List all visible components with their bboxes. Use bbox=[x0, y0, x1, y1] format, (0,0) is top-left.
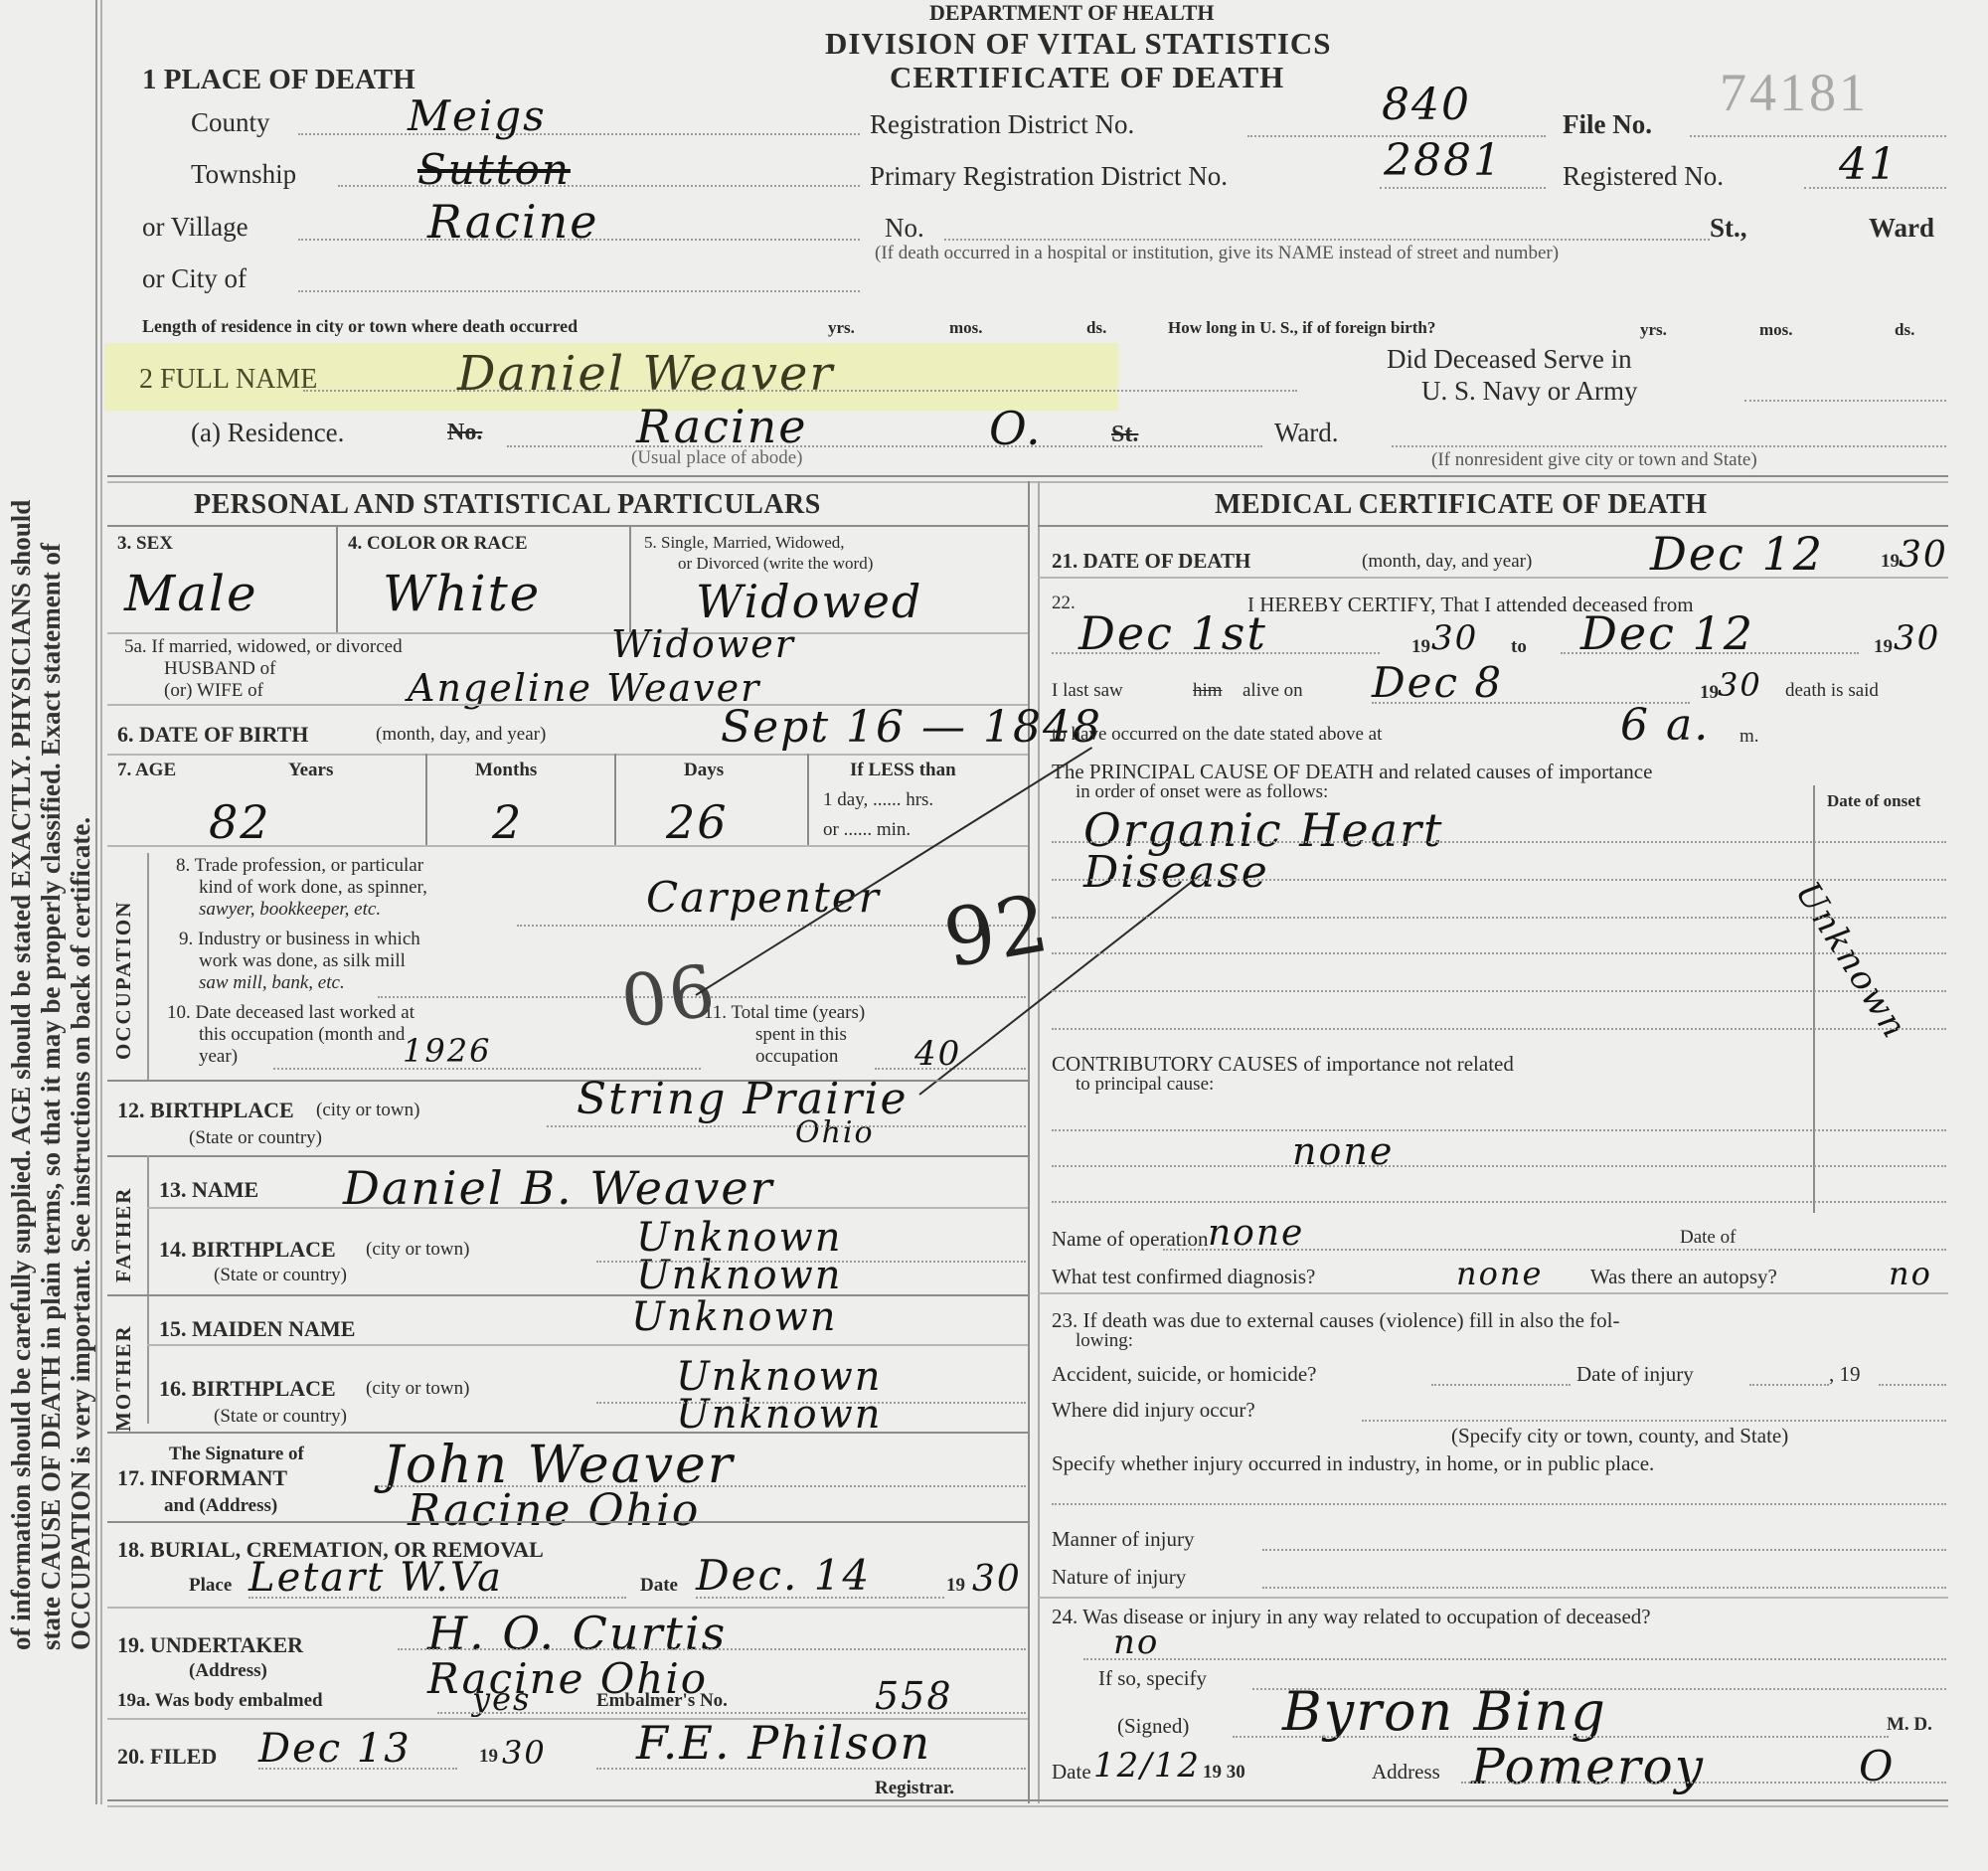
date-of-label: Date of bbox=[1680, 1227, 1736, 1249]
certificate-title: CERTIFICATE OF DEATH bbox=[890, 60, 1284, 95]
age-label: 7. AGE bbox=[117, 760, 176, 781]
last-saw-label: I last saw bbox=[1052, 680, 1123, 702]
burial-date-field[interactable] bbox=[696, 1597, 944, 1599]
village-value: Racine bbox=[427, 195, 598, 249]
informant-label-2: 17. INFORMANT bbox=[117, 1465, 287, 1491]
file-number-stamp: 74181 bbox=[1720, 62, 1869, 123]
attended-to-year-prefix: 19 bbox=[1874, 636, 1893, 658]
last-worked-field[interactable] bbox=[273, 1068, 701, 1070]
where-injury-field[interactable] bbox=[1362, 1420, 1946, 1422]
total-time-label-3: occupation bbox=[755, 1046, 838, 1068]
full-name-value: Daniel Weaver bbox=[457, 346, 834, 402]
manner-label: Manner of injury bbox=[1052, 1527, 1194, 1552]
medical-section-title: MEDICAL CERTIFICATE OF DEATH bbox=[1215, 489, 1708, 521]
injury-year-field[interactable] bbox=[1879, 1384, 1946, 1386]
burial-place-label: Place bbox=[189, 1575, 232, 1597]
mother-birthplace-field[interactable] bbox=[596, 1402, 1026, 1404]
registration-district-value: 840 bbox=[1382, 80, 1471, 130]
registered-no-label: Registered No. bbox=[1563, 161, 1724, 192]
age-months-value: 2 bbox=[492, 795, 523, 849]
specify-city-note: (Specify city or town, county, and State… bbox=[1451, 1424, 1788, 1448]
filed-label: 20. FILED bbox=[117, 1744, 217, 1770]
township-label: Township bbox=[191, 159, 296, 190]
filed-year-value: 30 bbox=[502, 1734, 547, 1772]
spouse-label-3: (or) WIFE of bbox=[164, 680, 263, 702]
undertaker-label: 19. UNDERTAKER bbox=[117, 1632, 303, 1658]
residence-state: O. bbox=[989, 402, 1043, 455]
father-birthplace-sub-1: (city or town) bbox=[366, 1239, 469, 1261]
death-said-label: death is said bbox=[1785, 680, 1879, 702]
specify-where-label: Specify whether injury occurred in indus… bbox=[1052, 1451, 1654, 1476]
certify-number: 22. bbox=[1052, 593, 1076, 614]
operation-field[interactable] bbox=[1163, 1249, 1946, 1251]
last-saw-year: 30 bbox=[1718, 666, 1762, 704]
rule bbox=[107, 1294, 1028, 1296]
sex-value: Male bbox=[124, 565, 258, 622]
rule bbox=[1038, 1292, 1948, 1294]
registered-no-value: 41 bbox=[1839, 139, 1899, 190]
last-worked-label-2: this occupation (month and bbox=[199, 1024, 405, 1046]
registrar-label: Registrar. bbox=[875, 1778, 954, 1799]
years-label: Years bbox=[288, 760, 333, 781]
street-no-field[interactable] bbox=[944, 239, 1710, 241]
bottom-rule-2 bbox=[107, 1805, 1948, 1807]
rule bbox=[107, 632, 1028, 634]
father-birthplace-state: Unknown bbox=[636, 1253, 843, 1298]
contributory-line-2[interactable] bbox=[1052, 1165, 1946, 1167]
dob-label: 6. DATE OF BIRTH bbox=[117, 722, 308, 748]
industry-label-3: saw mill, bank, etc. bbox=[199, 972, 345, 994]
accident-label: Accident, suicide, or homicide? bbox=[1052, 1362, 1317, 1387]
embalmer-no-label: Embalmer's No. bbox=[596, 1690, 728, 1712]
specify-where-field[interactable] bbox=[1052, 1503, 1946, 1505]
rule bbox=[1038, 1597, 1948, 1599]
accident-field[interactable] bbox=[1431, 1384, 1571, 1386]
race-value: White bbox=[383, 565, 541, 622]
residence-ward-label: Ward. bbox=[1274, 418, 1339, 448]
trade-label-1: 8. Trade profession, or particular bbox=[176, 855, 423, 877]
address-label: Address bbox=[1372, 1760, 1440, 1785]
mother-birthplace-sub-2: (State or country) bbox=[214, 1406, 347, 1428]
race-label: 4. COLOR OR RACE bbox=[348, 533, 528, 555]
md-label: M. D. bbox=[1887, 1714, 1932, 1736]
industry-label-2: work was done, as silk mill bbox=[199, 950, 406, 972]
cause-line-3[interactable] bbox=[1052, 917, 1946, 919]
total-time-label-1: 11. Total time (years) bbox=[704, 1002, 865, 1024]
date-of-death-year-prefix: 19 bbox=[1881, 551, 1900, 573]
physician-signature: Byron Bing bbox=[1282, 1680, 1607, 1743]
informant-label-3: and (Address) bbox=[164, 1495, 277, 1517]
onset-value: Unknown bbox=[1787, 875, 1915, 1047]
informant-address-value: Racine Ohio bbox=[408, 1485, 700, 1536]
rule bbox=[107, 1432, 1028, 1434]
mother-birthplace-sub-1: (city or town) bbox=[366, 1378, 469, 1400]
residence-mos-label: mos. bbox=[949, 318, 983, 338]
age-years-value: 82 bbox=[209, 795, 271, 849]
dob-value: Sept 16 — 1848 bbox=[721, 702, 1102, 753]
last-worked-label-1: 10. Date deceased last worked at bbox=[167, 1002, 414, 1024]
birthplace-label: 12. BIRTHPLACE bbox=[117, 1098, 294, 1123]
cause-line-1[interactable] bbox=[1052, 841, 1946, 843]
certificate-date-value: 12/12 bbox=[1093, 1746, 1201, 1786]
nonresident-note: (If nonresident give city or town and St… bbox=[1431, 449, 1757, 471]
last-worked-value: 1926 bbox=[403, 1032, 491, 1070]
hospital-note: (If death occurred in a hospital or inst… bbox=[875, 243, 1559, 264]
military-question-1: Did Deceased Serve in bbox=[1387, 344, 1632, 375]
primary-district-value: 2881 bbox=[1384, 135, 1503, 186]
nature-field[interactable] bbox=[1262, 1587, 1946, 1589]
external-causes-label-1: 23. If death was due to external causes … bbox=[1052, 1308, 1619, 1333]
registration-district-label: Registration District No. bbox=[870, 109, 1134, 140]
attended-to-field[interactable] bbox=[1561, 652, 1859, 654]
place-of-death-label: 1 PLACE OF DEATH bbox=[142, 64, 415, 96]
department-heading: DEPARTMENT OF HEALTH bbox=[929, 0, 1215, 26]
injury-date-field[interactable] bbox=[1749, 1384, 1829, 1386]
less-than-label-1: If LESS than bbox=[850, 760, 956, 781]
mother-birthplace-label: 16. BIRTHPLACE bbox=[159, 1376, 336, 1402]
foreign-birth-label: How long in U. S., if of foreign birth? bbox=[1168, 318, 1435, 338]
registrar-signature: F.E. Philson bbox=[636, 1716, 931, 1770]
informant-field[interactable] bbox=[378, 1485, 1026, 1487]
onset-column-divider bbox=[1813, 785, 1815, 1213]
contributory-line-1[interactable] bbox=[1052, 1129, 1946, 1131]
principal-cause-label-2: in order of onset were as follows: bbox=[1076, 781, 1328, 803]
test-value: none bbox=[1456, 1255, 1543, 1292]
county-value: Meigs bbox=[408, 91, 547, 140]
informant-label-1: The Signature of bbox=[169, 1444, 304, 1465]
residence-ds-label: ds. bbox=[1086, 318, 1106, 338]
margin-instruction-line-2: state CAUSE OF DEATH in plain terms, so … bbox=[36, 543, 67, 1650]
external-causes-label-2: lowing: bbox=[1076, 1330, 1133, 1352]
street-label: St., bbox=[1710, 213, 1747, 244]
marital-label-1: 5. Single, Married, Widowed, bbox=[644, 533, 845, 553]
rule bbox=[147, 1344, 1028, 1346]
burial-place-value: Letart W.Va bbox=[248, 1555, 503, 1601]
autopsy-label: Was there an autopsy? bbox=[1590, 1265, 1777, 1289]
certificate-date-year: 19 30 bbox=[1203, 1762, 1245, 1784]
nature-label: Nature of injury bbox=[1052, 1565, 1186, 1590]
foreign-ds-label: ds. bbox=[1895, 320, 1914, 340]
date-of-death-year: 30 bbox=[1899, 535, 1948, 576]
father-birthplace-label: 14. BIRTHPLACE bbox=[159, 1237, 336, 1263]
residence-yrs-label: yrs. bbox=[828, 318, 855, 338]
rule bbox=[107, 1521, 1028, 1523]
attended-from-field[interactable] bbox=[1052, 652, 1380, 654]
where-injury-label: Where did injury occur? bbox=[1052, 1398, 1255, 1423]
trade-value: Carpenter bbox=[646, 873, 881, 922]
manner-field[interactable] bbox=[1262, 1549, 1946, 1551]
principal-cause-value-2: Disease bbox=[1083, 847, 1269, 898]
rule bbox=[107, 845, 1028, 847]
sex-label: 3. SEX bbox=[117, 533, 173, 555]
less-than-label-2: 1 day, ...... hrs. bbox=[823, 789, 933, 811]
primary-district-label: Primary Registration District No. bbox=[870, 161, 1228, 192]
rule bbox=[425, 754, 427, 845]
column-divider-2 bbox=[1038, 481, 1040, 1803]
occurred-label: to have occurred on the date stated abov… bbox=[1052, 724, 1382, 746]
birthplace-state-value: Ohio bbox=[795, 1115, 875, 1150]
cause-line-6[interactable] bbox=[1052, 1028, 1946, 1030]
file-no-field[interactable] bbox=[1690, 135, 1946, 137]
date-label: Date bbox=[1052, 1760, 1091, 1785]
occupation-related-field[interactable] bbox=[1083, 1658, 1946, 1660]
city-field[interactable] bbox=[298, 290, 860, 292]
birthplace-sub-2: (State or country) bbox=[189, 1127, 322, 1149]
division-heading: DIVISION OF VITAL STATISTICS bbox=[825, 26, 1332, 62]
occupation-side-label: OCCUPATION bbox=[111, 901, 136, 1060]
rule bbox=[1038, 577, 1948, 579]
residence-no-label: No. bbox=[447, 420, 482, 446]
m-label: m. bbox=[1739, 726, 1759, 748]
father-side-label: FATHER bbox=[111, 1187, 136, 1282]
mother-maiden-label: 15. MAIDEN NAME bbox=[159, 1316, 355, 1342]
mother-side-label: MOTHER bbox=[111, 1324, 136, 1432]
residence-field[interactable] bbox=[507, 445, 1262, 447]
father-birthplace-sub-2: (State or country) bbox=[214, 1265, 347, 1286]
abode-note: (Usual place of abode) bbox=[631, 447, 803, 469]
trade-label-3: sawyer, bookkeeper, etc. bbox=[199, 899, 381, 921]
section-divider bbox=[107, 475, 1948, 477]
burial-date-value: Dec. 14 bbox=[696, 1551, 871, 1600]
birthplace-sub-1: (city or town) bbox=[316, 1100, 419, 1121]
mother-maiden-value: Unknown bbox=[631, 1294, 838, 1340]
burial-date-label: Date bbox=[640, 1575, 678, 1597]
dob-sub-label: (month, day, and year) bbox=[376, 724, 546, 746]
last-saw-struck: him bbox=[1193, 680, 1223, 702]
cause-line-5[interactable] bbox=[1052, 990, 1946, 992]
months-label: Months bbox=[475, 760, 537, 781]
personal-section-title: PERSONAL AND STATISTICAL PARTICULARS bbox=[194, 489, 821, 521]
date-of-death-sub: (month, day, and year) bbox=[1362, 551, 1532, 573]
column-divider bbox=[1028, 481, 1030, 1803]
length-residence-label: Length of residence in city or town wher… bbox=[142, 316, 578, 337]
attended-to-year: 30 bbox=[1894, 618, 1940, 658]
township-value: Sutton bbox=[417, 145, 571, 194]
address-field[interactable] bbox=[1461, 1782, 1946, 1784]
age-days-value: 26 bbox=[666, 795, 729, 849]
embalmed-label: 19a. Was body embalmed bbox=[117, 1690, 323, 1712]
margin-instruction-line-1: of information should be carefully suppl… bbox=[6, 500, 37, 1650]
test-label: What test confirmed diagnosis? bbox=[1052, 1265, 1315, 1289]
full-name-label: 2 FULL NAME bbox=[139, 364, 317, 396]
registrar-field[interactable] bbox=[596, 1768, 1026, 1770]
military-question-2: U. S. Navy or Army bbox=[1421, 376, 1638, 407]
village-label: or Village bbox=[142, 212, 248, 243]
alive-on-label: alive on bbox=[1242, 680, 1303, 702]
signed-label: (Signed) bbox=[1117, 1714, 1189, 1739]
burial-year-value: 30 bbox=[972, 1559, 1022, 1600]
burial-year-prefix: 19 bbox=[946, 1575, 965, 1597]
contributory-label-2: to principal cause: bbox=[1076, 1074, 1214, 1096]
cause-line-4[interactable] bbox=[1052, 952, 1946, 954]
occupation-related-value: no bbox=[1113, 1622, 1159, 1662]
ward-label: Ward bbox=[1869, 213, 1934, 244]
rule bbox=[107, 525, 1028, 527]
autopsy-value: no bbox=[1889, 1255, 1932, 1292]
foreign-mos-label: mos. bbox=[1759, 320, 1793, 340]
spouse-label-1: 5a. If married, widowed, or divorced bbox=[124, 636, 403, 658]
coder-mark-92: 92 bbox=[937, 877, 1057, 986]
city-label: or City of bbox=[142, 263, 247, 294]
filed-year-prefix: 19 bbox=[479, 1746, 498, 1768]
file-no-label: File No. bbox=[1563, 109, 1652, 140]
margin-rule bbox=[95, 0, 97, 1804]
rule bbox=[807, 754, 809, 845]
bottom-rule bbox=[107, 1799, 1948, 1801]
burial-place-field[interactable] bbox=[248, 1597, 626, 1599]
township-field[interactable] bbox=[338, 185, 860, 187]
trade-label-2: kind of work done, as spinner, bbox=[199, 877, 427, 899]
cause-line-2[interactable] bbox=[1052, 879, 1946, 881]
date-of-death-label: 21. DATE OF DEATH bbox=[1052, 549, 1250, 574]
military-field[interactable] bbox=[1744, 400, 1946, 402]
rule bbox=[147, 1207, 1028, 1209]
rule bbox=[147, 853, 149, 1080]
filed-date-field[interactable] bbox=[258, 1768, 457, 1770]
father-birthplace-field[interactable] bbox=[596, 1261, 1026, 1263]
rule bbox=[614, 754, 616, 845]
date-of-death-value: Dec 12 bbox=[1650, 527, 1824, 581]
nonresident-field[interactable] bbox=[1392, 445, 1946, 447]
embalmer-field[interactable] bbox=[437, 1712, 1026, 1714]
attended-from-year: 30 bbox=[1431, 618, 1478, 658]
industry-label-1: 9. Industry or business in which bbox=[179, 929, 420, 950]
margin-instruction-line-3: OCCUPATION is very important. See instru… bbox=[66, 817, 96, 1650]
residence-struck: St. bbox=[1111, 422, 1138, 448]
if-so-label: If so, specify bbox=[1098, 1666, 1207, 1691]
injury-year-label: , 19 bbox=[1829, 1362, 1861, 1387]
marital-value: Widowed bbox=[696, 575, 922, 628]
margin-rule-2 bbox=[100, 0, 102, 1804]
rule bbox=[107, 754, 1028, 756]
attended-from-year-prefix: 19 bbox=[1411, 636, 1430, 658]
county-label: County bbox=[191, 107, 270, 138]
total-time-label-2: spent in this bbox=[755, 1024, 847, 1046]
operation-value: none bbox=[1208, 1213, 1304, 1254]
filed-date-value: Dec 13 bbox=[258, 1726, 412, 1772]
rule bbox=[107, 1155, 1028, 1157]
primary-district-field[interactable] bbox=[1380, 187, 1546, 189]
last-saw-value: Dec 8 bbox=[1372, 658, 1503, 707]
county-field[interactable] bbox=[298, 133, 860, 135]
rule bbox=[336, 525, 338, 632]
date-of-onset-label: Date of onset bbox=[1827, 791, 1920, 811]
undertaker-address-label: (Address) bbox=[189, 1660, 267, 1682]
time-of-death-value: 6 a. bbox=[1620, 700, 1710, 751]
contributory-line-3[interactable] bbox=[1052, 1201, 1946, 1203]
foreign-yrs-label: yrs. bbox=[1640, 320, 1667, 340]
spouse-label-2: HUSBAND of bbox=[164, 658, 275, 680]
injury-date-label: Date of injury bbox=[1576, 1362, 1694, 1387]
father-name-label: 13. NAME bbox=[159, 1177, 258, 1203]
to-label: to bbox=[1511, 636, 1527, 658]
residence-value: Racine bbox=[636, 400, 807, 453]
last-worked-label-3: year) bbox=[199, 1046, 238, 1068]
coder-mark-06: 06 bbox=[616, 948, 722, 1044]
physician-address-value: Pomeroy bbox=[1471, 1738, 1705, 1795]
rule bbox=[629, 525, 631, 632]
street-no-label: No. bbox=[885, 213, 924, 244]
less-than-label-3: or ...... min. bbox=[823, 819, 911, 841]
undertaker-field[interactable] bbox=[398, 1648, 1026, 1650]
days-label: Days bbox=[684, 760, 724, 781]
marital-label-2: or Divorced (write the word) bbox=[678, 554, 873, 574]
rule bbox=[147, 1155, 149, 1424]
residence-label: (a) Residence. bbox=[191, 418, 344, 448]
undertaker-name-value: H. O. Curtis bbox=[427, 1607, 727, 1660]
spouse-value-1: Widower bbox=[611, 622, 795, 666]
birthplace-field[interactable] bbox=[547, 1125, 1026, 1127]
